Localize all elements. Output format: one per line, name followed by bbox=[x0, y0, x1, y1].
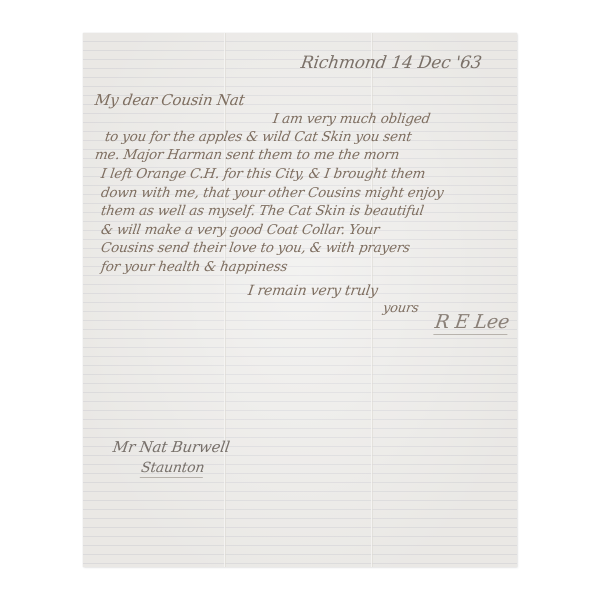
recipient-place: Staunton bbox=[140, 460, 206, 478]
body-line: & will make a very good Coat Collar. You… bbox=[100, 222, 381, 238]
body-line: down with me, that your other Cousins mi… bbox=[100, 185, 445, 201]
body-line: for your health & happiness bbox=[100, 259, 289, 275]
body-line: them as well as myself. The Cat Skin is … bbox=[100, 203, 425, 219]
letter-page: Richmond 14 Dec '63 My dear Cousin Nat I… bbox=[83, 33, 517, 567]
dateline: Richmond 14 Dec '63 bbox=[300, 53, 483, 73]
fold-line bbox=[224, 33, 226, 567]
body-line: I left Orange C.H. for this City, & I br… bbox=[100, 166, 426, 182]
body-line: me. Major Harman sent them to me the mor… bbox=[94, 147, 400, 163]
body-line: to you for the apples & wild Cat Skin yo… bbox=[104, 129, 413, 145]
closing-line: yours bbox=[382, 301, 420, 316]
salutation: My dear Cousin Nat bbox=[94, 91, 246, 109]
signature: R E Lee bbox=[433, 311, 510, 335]
body-line: Cousins send their love to you, & with p… bbox=[100, 240, 411, 256]
body-line: I am very much obliged bbox=[272, 111, 431, 127]
recipient-name: Mr Nat Burwell bbox=[112, 438, 231, 456]
closing-line: I remain very truly bbox=[247, 283, 379, 299]
